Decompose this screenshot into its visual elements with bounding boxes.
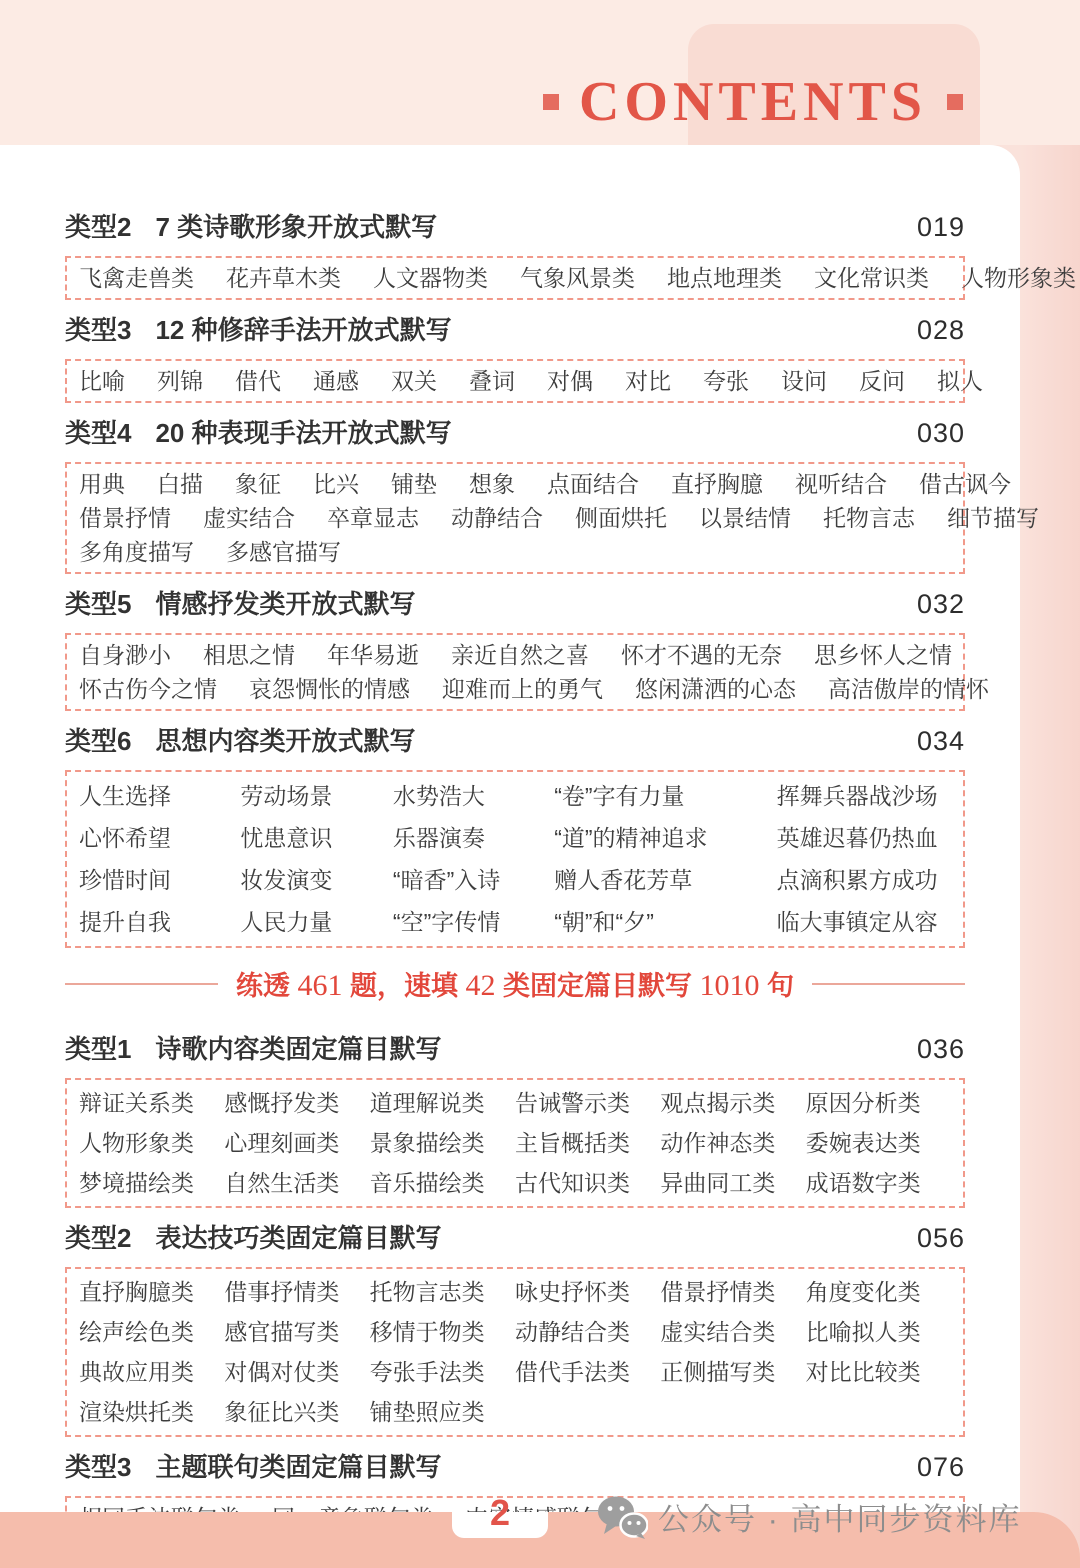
- tag-row: 渲染烘托类象征比兴类铺垫照应类: [79, 1392, 951, 1432]
- tag-box: 比喻列锦借代通感双关叠词对偶对比夸张设问反问拟人: [65, 359, 965, 403]
- divider-text-segment: 练透: [236, 971, 290, 1001]
- tag: 观点揭示类: [660, 1083, 805, 1123]
- tag: 角度变化类: [806, 1272, 951, 1312]
- tag: 比喻拟人类: [806, 1312, 951, 1352]
- tag: 高洁傲岸的情怀: [828, 672, 989, 706]
- section-title: 7 类诗歌形象开放式默写: [155, 207, 916, 244]
- tag: 象征比兴类: [224, 1392, 369, 1432]
- tag: 音乐描绘类: [370, 1163, 515, 1203]
- tag: 人民力量: [240, 901, 393, 943]
- tag-box: 直抒胸臆类借事抒情类托物言志类咏史抒怀类借景抒情类角度变化类绘声绘色类感官描写类…: [65, 1267, 965, 1437]
- section-title: 20 种表现手法开放式默写: [155, 413, 916, 450]
- tag: “空”字传情: [393, 901, 554, 943]
- tag: 借景抒情: [79, 501, 171, 535]
- tag-row: 借景抒情虚实结合卒章显志动静结合侧面烘托以景结情托物言志细节描写: [79, 501, 951, 535]
- tag: 亲近自然之喜: [451, 638, 589, 672]
- tag: 铺垫照应类: [370, 1392, 515, 1432]
- tag: 心怀希望: [79, 817, 240, 859]
- section-title: 情感抒发类开放式默写: [155, 584, 916, 621]
- tag: 铺垫: [391, 467, 437, 501]
- tag: 英雄迟暮仍热血: [777, 817, 951, 859]
- tag: 异曲同工类: [660, 1163, 805, 1203]
- tag: 对比比较类: [806, 1352, 951, 1392]
- divider-text-segment: 类固定篇目默写: [503, 971, 692, 1001]
- tag: 自然生活类: [224, 1163, 369, 1203]
- tag-row: 人物形象类心理刻画类景象描绘类主旨概括类动作神态类委婉表达类: [79, 1123, 951, 1163]
- tag-row: 飞禽走兽类花卉草木类人文器物类气象风景类地点地理类文化常识类人物形象类: [79, 261, 951, 295]
- divider-text: 练透 461 题，速填 42 类固定篇目默写 1010 句: [236, 964, 794, 1003]
- tag: 人物形象类: [79, 1123, 224, 1163]
- tag: 咏史抒怀类: [515, 1272, 660, 1312]
- tag: 景象描绘类: [370, 1123, 515, 1163]
- tag: 人生选择: [79, 775, 240, 817]
- page-number: 2: [452, 1492, 548, 1534]
- tag: 忧患意识: [240, 817, 393, 859]
- section-page-number: 019: [917, 212, 965, 243]
- tag: 思乡怀人之情: [814, 638, 952, 672]
- tag-row: 多角度描写多感官描写: [79, 535, 951, 569]
- tag: 借代手法类: [515, 1352, 660, 1392]
- tag: 多感官描写: [226, 535, 341, 569]
- section-heading: 类型3主题联句类固定篇目默写076: [65, 1447, 965, 1484]
- tag: 用典: [79, 467, 125, 501]
- tag-row: 辩证关系类感慨抒发类道理解说类告诫警示类观点揭示类原因分析类: [79, 1083, 951, 1123]
- tag: 原因分析类: [806, 1083, 951, 1123]
- tag: 绘声绘色类: [79, 1312, 224, 1352]
- tag-row: 梦境描绘类自然生活类音乐描绘类古代知识类异曲同工类成语数字类: [79, 1163, 951, 1203]
- section-type-label: 类型2: [65, 1218, 131, 1255]
- tag-box: 自身渺小相思之情年华易逝亲近自然之喜怀才不遇的无奈思乡怀人之情怀古伤今之情哀怨惆…: [65, 633, 965, 711]
- tag: 列锦: [157, 364, 203, 398]
- toc-section: 类型312 种修辞手法开放式默写028比喻列锦借代通感双关叠词对偶对比夸张设问反…: [65, 310, 965, 403]
- tag-row: 用典白描象征比兴铺垫想象点面结合直抒胸臆视听结合借古讽今: [79, 467, 951, 501]
- page-title: CONTENTS: [579, 74, 927, 130]
- tag: 正侧描写类: [660, 1352, 805, 1392]
- tag: 水势浩大: [393, 775, 554, 817]
- section-type-label: 类型3: [65, 310, 131, 347]
- section-heading: 类型2表达技巧类固定篇目默写056: [65, 1218, 965, 1255]
- tag: 珍惜时间: [79, 859, 240, 901]
- tag: 文化常识类: [814, 261, 929, 295]
- toc-section: 类型5情感抒发类开放式默写032自身渺小相思之情年华易逝亲近自然之喜怀才不遇的无…: [65, 584, 965, 711]
- toc-items: 类型27 类诗歌形象开放式默写019飞禽走兽类花卉草木类人文器物类气象风景类地点…: [65, 207, 965, 1540]
- tag-row: 绘声绘色类感官描写类移情于物类动静结合类虚实结合类比喻拟人类: [79, 1312, 951, 1352]
- tag: 通感: [313, 364, 359, 398]
- section-page-number: 030: [917, 418, 965, 449]
- divider-right-rule: [812, 983, 965, 985]
- tag: 夸张手法类: [370, 1352, 515, 1392]
- tag: 虚实结合: [203, 501, 295, 535]
- footer-brand: 公众号 · 高中同步资料库: [596, 1494, 1022, 1539]
- tag: 告诫警示类: [515, 1083, 660, 1123]
- wechat-icon: [596, 1495, 648, 1539]
- section-type-label: 类型1: [65, 1029, 131, 1066]
- tag: 借代: [235, 364, 281, 398]
- tag-row: 人生选择劳动场景水势浩大“卷”字有力量挥舞兵器战沙场: [79, 775, 951, 817]
- toc-section: 类型1诗歌内容类固定篇目默写036辩证关系类感慨抒发类道理解说类告诫警示类观点揭…: [65, 1029, 965, 1208]
- tag: 托物言志类: [370, 1272, 515, 1312]
- tag: 妆发演变: [240, 859, 393, 901]
- tag: 赠人香花芳草: [554, 859, 776, 901]
- tag: 感官描写类: [224, 1312, 369, 1352]
- section-heading: 类型27 类诗歌形象开放式默写019: [65, 207, 965, 244]
- tag-box: 人生选择劳动场景水势浩大“卷”字有力量挥舞兵器战沙场心怀希望忧患意识乐器演奏“道…: [65, 770, 965, 948]
- tag-box: 飞禽走兽类花卉草木类人文器物类气象风景类地点地理类文化常识类人物形象类: [65, 256, 965, 300]
- tag: 动静结合类: [515, 1312, 660, 1352]
- tag: 辩证关系类: [79, 1083, 224, 1123]
- tag: “暗香”入诗: [393, 859, 554, 901]
- tag: 感慨抒发类: [224, 1083, 369, 1123]
- tag: 相思之情: [203, 638, 295, 672]
- tag: 成语数字类: [806, 1163, 951, 1203]
- tag: 叠词: [469, 364, 515, 398]
- section-type-label: 类型2: [65, 207, 131, 244]
- tag: 托物言志: [823, 501, 915, 535]
- tag: 拟人: [937, 364, 983, 398]
- tag-row: 珍惜时间妆发演变“暗香”入诗赠人香花芳草点滴积累方成功: [79, 859, 951, 901]
- tag: 以景结情: [699, 501, 791, 535]
- section-title: 主题联句类固定篇目默写: [155, 1447, 916, 1484]
- tag: 借古讽今: [919, 467, 1011, 501]
- tag: 怀古伤今之情: [79, 672, 217, 706]
- tag: 哀怨惆怅的情感: [249, 672, 410, 706]
- section-type-label: 类型3: [65, 1447, 131, 1484]
- tag-row: 提升自我人民力量“空”字传情“朝”和“夕”临大事镇定从容: [79, 901, 951, 943]
- tag-box: 辩证关系类感慨抒发类道理解说类告诫警示类观点揭示类原因分析类人物形象类心理刻画类…: [65, 1078, 965, 1208]
- tag: 卒章显志: [327, 501, 419, 535]
- tag: 移情于物类: [370, 1312, 515, 1352]
- section-title: 思想内容类开放式默写: [155, 721, 916, 758]
- tag: “道”的精神追求: [554, 817, 776, 859]
- divider-text-segment: 1010: [692, 969, 767, 1002]
- series-divider: 练透 461 题，速填 42 类固定篇目默写 1010 句: [65, 964, 965, 1003]
- section-page-number: 056: [917, 1223, 965, 1254]
- tag-row: 怀古伤今之情哀怨惆怅的情感迎难而上的勇气悠闲潇洒的心态高洁傲岸的情怀: [79, 672, 951, 706]
- tag: 飞禽走兽类: [79, 261, 194, 295]
- section-heading: 类型6思想内容类开放式默写034: [65, 721, 965, 758]
- title-right-square-icon: [947, 94, 963, 110]
- section-title: 诗歌内容类固定篇目默写: [155, 1029, 916, 1066]
- tag: 细节描写: [947, 501, 1039, 535]
- tag-row: 心怀希望忧患意识乐器演奏“道”的精神追求英雄迟暮仍热血: [79, 817, 951, 859]
- tag: 提升自我: [79, 901, 240, 943]
- tag: 古代知识类: [515, 1163, 660, 1203]
- tag: 对偶对仗类: [224, 1352, 369, 1392]
- tag: 气象风景类: [520, 261, 635, 295]
- tag: 渲染烘托类: [79, 1392, 224, 1432]
- tag: 动静结合: [451, 501, 543, 535]
- tag: 直抒胸臆: [671, 467, 763, 501]
- tag: 虚实结合类: [660, 1312, 805, 1352]
- toc-section: 类型27 类诗歌形象开放式默写019飞禽走兽类花卉草木类人文器物类气象风景类地点…: [65, 207, 965, 300]
- tag: 迎难而上的勇气: [442, 672, 603, 706]
- tag: 视听结合: [795, 467, 887, 501]
- tag: 想象: [469, 467, 515, 501]
- tag: 比喻: [79, 364, 125, 398]
- section-page-number: 076: [917, 1452, 965, 1483]
- tag: 对比: [625, 364, 671, 398]
- tag: 典故应用类: [79, 1352, 224, 1392]
- contents-title-row: CONTENTS: [543, 74, 963, 130]
- tag: 劳动场景: [240, 775, 393, 817]
- tag: 直抒胸臆类: [79, 1272, 224, 1312]
- tag-row: 直抒胸臆类借事抒情类托物言志类咏史抒怀类借景抒情类角度变化类: [79, 1272, 951, 1312]
- tag: 点面结合: [547, 467, 639, 501]
- divider-text-segment: 461: [290, 969, 350, 1002]
- divider-left-rule: [65, 983, 218, 985]
- divider-text-segment: 42: [458, 969, 503, 1002]
- toc-content-panel: 类型27 类诗歌形象开放式默写019飞禽走兽类花卉草木类人文器物类气象风景类地点…: [0, 145, 1020, 1568]
- section-type-label: 类型4: [65, 413, 131, 450]
- right-band-decoration: [1020, 0, 1080, 1568]
- tag: 挥舞兵器战沙场: [777, 775, 951, 817]
- section-heading: 类型1诗歌内容类固定篇目默写036: [65, 1029, 965, 1066]
- section-title: 12 种修辞手法开放式默写: [155, 310, 916, 347]
- tag: 白描: [157, 467, 203, 501]
- tag: 主旨概括类: [515, 1123, 660, 1163]
- section-page-number: 032: [917, 589, 965, 620]
- section-page-number: 036: [917, 1034, 965, 1065]
- tag: 比兴: [313, 467, 359, 501]
- section-page-number: 034: [917, 726, 965, 757]
- tag: 临大事镇定从容: [777, 901, 951, 943]
- tag: 心理刻画类: [224, 1123, 369, 1163]
- divider-text-segment: 题，速填: [350, 971, 458, 1001]
- tag: “卷”字有力量: [554, 775, 776, 817]
- tag: 设问: [781, 364, 827, 398]
- tag: 侧面烘托: [575, 501, 667, 535]
- tag: 梦境描绘类: [79, 1163, 224, 1203]
- tag: 反问: [859, 364, 905, 398]
- toc-section: 类型2表达技巧类固定篇目默写056直抒胸臆类借事抒情类托物言志类咏史抒怀类借景抒…: [65, 1218, 965, 1437]
- section-page-number: 028: [917, 315, 965, 346]
- section-heading: 类型312 种修辞手法开放式默写028: [65, 310, 965, 347]
- divider-text-segment: 句: [767, 971, 794, 1001]
- tag: 借景抒情类: [660, 1272, 805, 1312]
- tag: “朝”和“夕”: [554, 901, 776, 943]
- tag: 地点地理类: [667, 261, 782, 295]
- tag: 双关: [391, 364, 437, 398]
- tag: 夸张: [703, 364, 749, 398]
- tag-row: 典故应用类对偶对仗类夸张手法类借代手法类正侧描写类对比比较类: [79, 1352, 951, 1392]
- tag: 道理解说类: [370, 1083, 515, 1123]
- tag: 动作神态类: [660, 1123, 805, 1163]
- tag: 乐器演奏: [393, 817, 554, 859]
- tag-box: 用典白描象征比兴铺垫想象点面结合直抒胸臆视听结合借古讽今借景抒情虚实结合卒章显志…: [65, 462, 965, 574]
- toc-section: 类型6思想内容类开放式默写034人生选择劳动场景水势浩大“卷”字有力量挥舞兵器战…: [65, 721, 965, 948]
- title-left-square-icon: [543, 94, 559, 110]
- toc-section: 类型420 种表现手法开放式默写030用典白描象征比兴铺垫想象点面结合直抒胸臆视…: [65, 413, 965, 574]
- tag: 花卉草木类: [226, 261, 341, 295]
- tag: 对偶: [547, 364, 593, 398]
- section-type-label: 类型6: [65, 721, 131, 758]
- tag: 多角度描写: [79, 535, 194, 569]
- tag: 委婉表达类: [806, 1123, 951, 1163]
- tag-row: 自身渺小相思之情年华易逝亲近自然之喜怀才不遇的无奈思乡怀人之情: [79, 638, 951, 672]
- tag: 象征: [235, 467, 281, 501]
- tag-row: 比喻列锦借代通感双关叠词对偶对比夸张设问反问拟人: [79, 364, 951, 398]
- tag: 怀才不遇的无奈: [621, 638, 782, 672]
- tag: 自身渺小: [79, 638, 171, 672]
- section-type-label: 类型5: [65, 584, 131, 621]
- section-heading: 类型5情感抒发类开放式默写032: [65, 584, 965, 621]
- section-title: 表达技巧类固定篇目默写: [155, 1218, 916, 1255]
- tag: 人文器物类: [373, 261, 488, 295]
- tag: 人物形象类: [961, 261, 1076, 295]
- tag: 悠闲潇洒的心态: [635, 672, 796, 706]
- section-heading: 类型420 种表现手法开放式默写030: [65, 413, 965, 450]
- tag: 点滴积累方成功: [777, 859, 951, 901]
- footer-brand-text: 公众号 · 高中同步资料库: [658, 1494, 1022, 1539]
- tag: 年华易逝: [327, 638, 419, 672]
- tag: 借事抒情类: [224, 1272, 369, 1312]
